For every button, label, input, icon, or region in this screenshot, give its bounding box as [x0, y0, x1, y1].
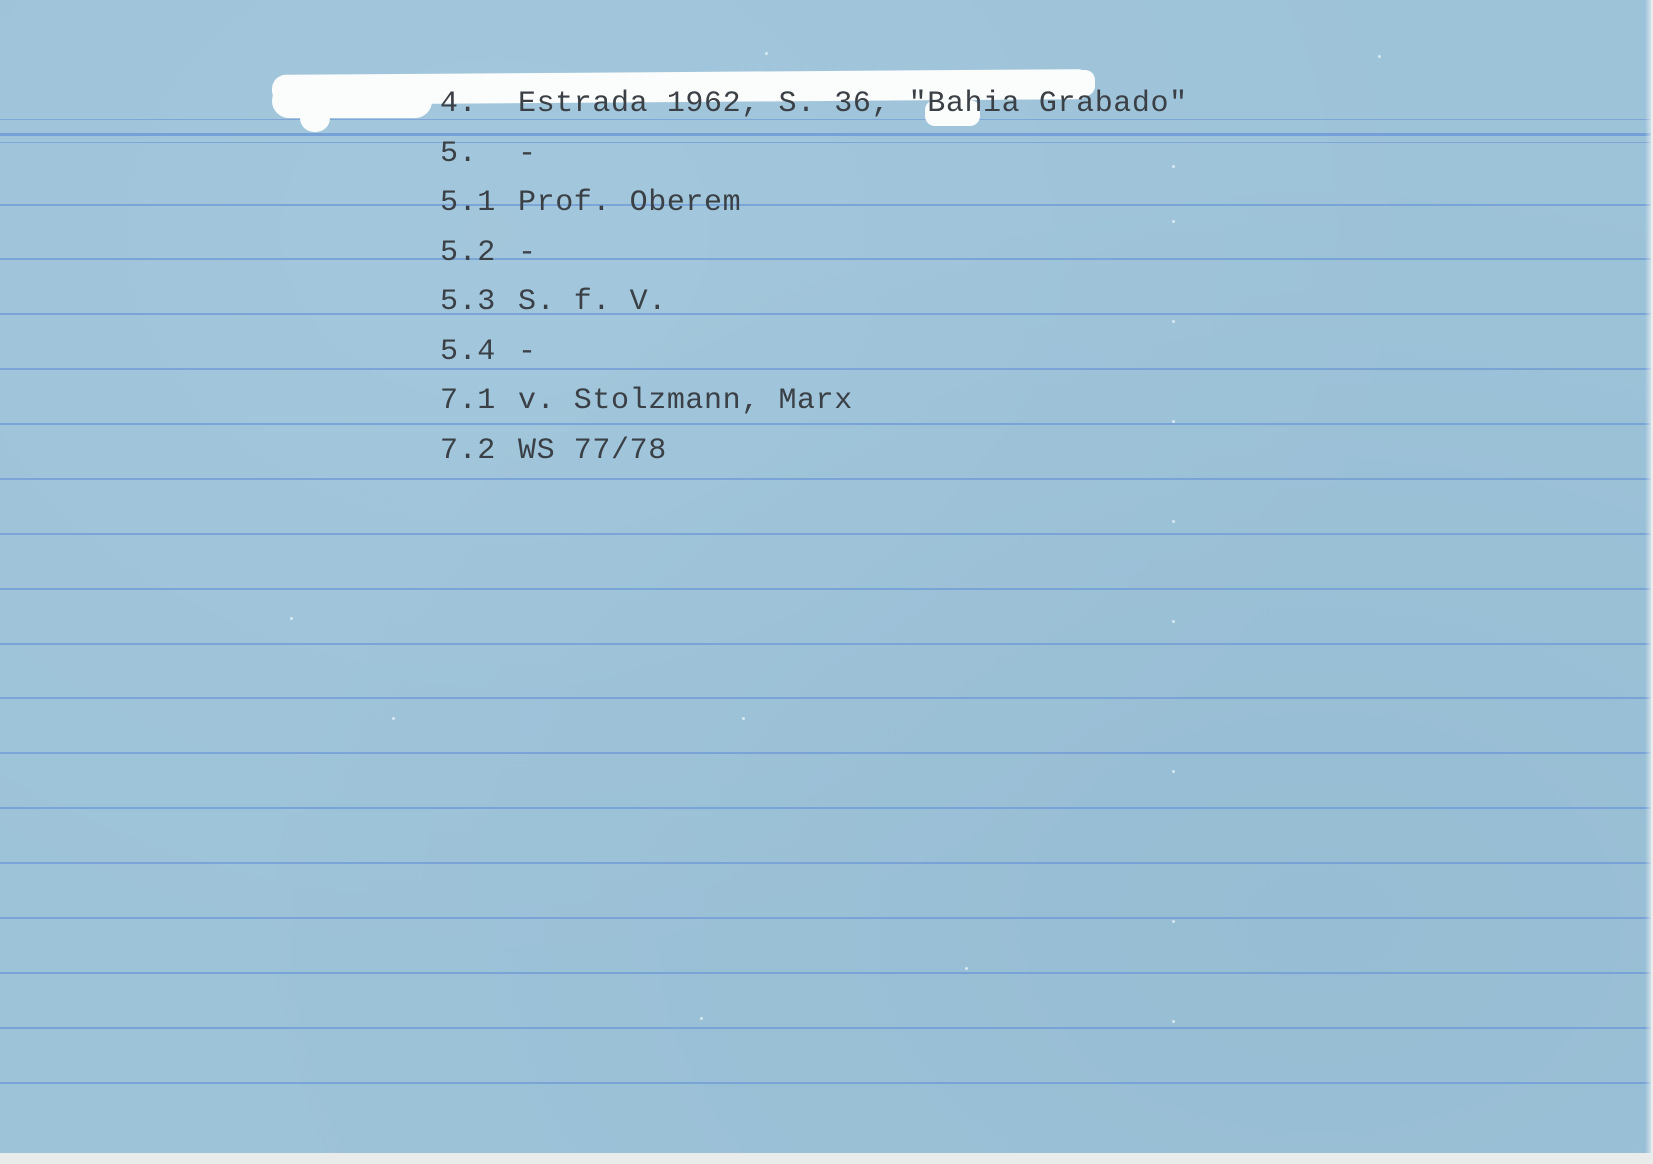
ruled-line	[0, 697, 1651, 699]
paper-speck	[965, 967, 968, 970]
ruled-line	[0, 533, 1651, 535]
entry-row: 5.-	[440, 134, 1188, 184]
entry-number: 4.	[440, 84, 518, 124]
ruled-line	[0, 643, 1651, 645]
index-card: 4.Estrada 1962, S. 36, "Bahia Grabado" 5…	[0, 0, 1651, 1153]
entry-text: -	[518, 335, 537, 369]
paper-speck	[1172, 920, 1175, 923]
ruled-line	[0, 917, 1651, 919]
ruled-line	[0, 972, 1651, 974]
entry-row: 7.1v. Stolzmann, Marx	[440, 381, 1188, 431]
entry-text: Prof. Oberem	[518, 186, 741, 220]
entry-text: v. Stolzmann, Marx	[518, 384, 853, 418]
paper-speck	[765, 52, 768, 55]
ruled-line	[0, 1027, 1651, 1029]
ruled-line	[0, 807, 1651, 809]
paper-speck	[1172, 1020, 1175, 1023]
entry-row: 5.2-	[440, 233, 1188, 283]
paper-speck	[1172, 520, 1175, 523]
typed-entries: 4.Estrada 1962, S. 36, "Bahia Grabado" 5…	[440, 84, 1188, 480]
paper-speck	[742, 717, 745, 720]
paper-speck	[1172, 620, 1175, 623]
entry-number: 5.1	[440, 183, 518, 223]
ruled-line	[0, 1082, 1651, 1084]
entry-text: -	[518, 137, 537, 171]
entry-row: 7.2WS 77/78	[440, 431, 1188, 481]
entry-row: 5.3S. f. V.	[440, 282, 1188, 332]
paper-speck	[392, 717, 395, 720]
paper-speck	[290, 617, 293, 620]
paper-speck	[1172, 770, 1175, 773]
ruled-line	[0, 862, 1651, 864]
entry-number: 5.3	[440, 282, 518, 322]
entry-number: 7.1	[440, 381, 518, 421]
paper-speck	[1378, 55, 1381, 58]
ruled-line	[0, 588, 1651, 590]
paper-speck	[700, 1017, 703, 1020]
entry-number: 5.	[440, 134, 518, 174]
entry-row: 5.1Prof. Oberem	[440, 183, 1188, 233]
entry-text: WS 77/78	[518, 434, 667, 468]
entry-row: 4.Estrada 1962, S. 36, "Bahia Grabado"	[440, 84, 1188, 134]
entry-text: -	[518, 236, 537, 270]
entry-number: 7.2	[440, 431, 518, 471]
entry-text: Estrada 1962, S. 36, "Bahia Grabado"	[518, 87, 1188, 121]
ruled-line	[0, 752, 1651, 754]
entry-text: S. f. V.	[518, 285, 667, 319]
entry-number: 5.2	[440, 233, 518, 273]
entry-row: 5.4-	[440, 332, 1188, 382]
entry-number: 5.4	[440, 332, 518, 372]
